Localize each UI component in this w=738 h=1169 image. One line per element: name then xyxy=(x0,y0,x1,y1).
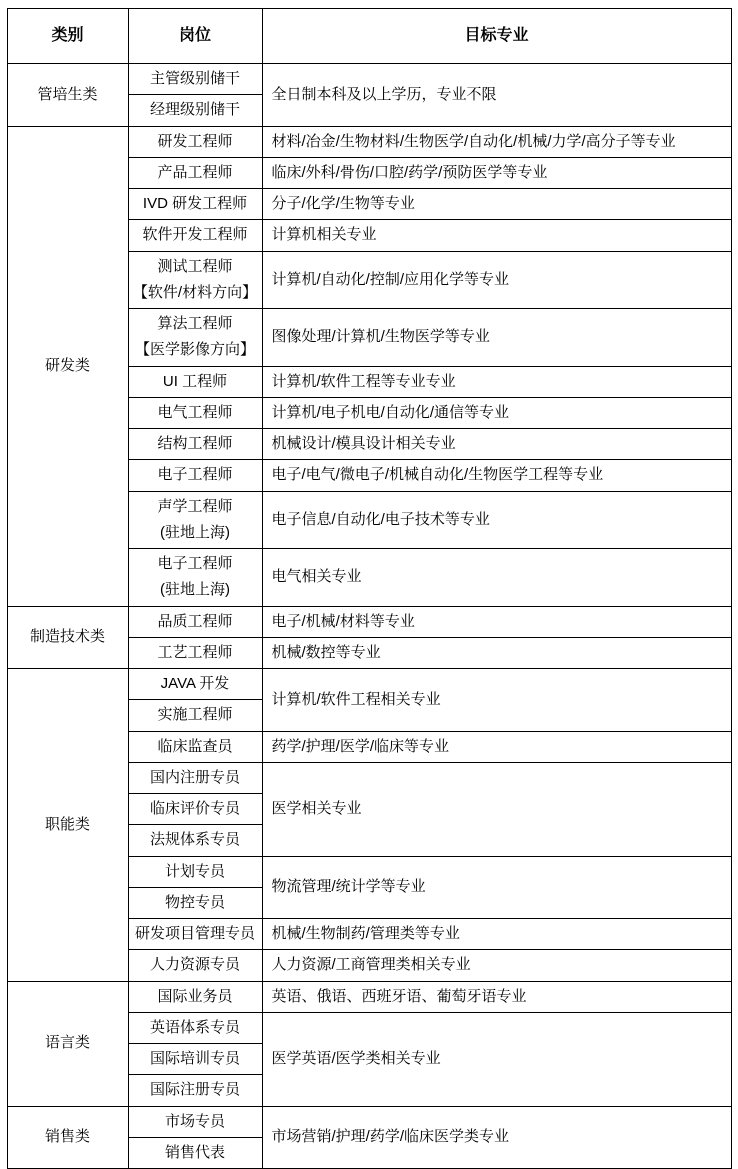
major-cell: 计算机/自动化/控制/应用化学等专业 xyxy=(262,251,731,309)
major-cell: 电气相关专业 xyxy=(262,549,731,607)
table-row: 职能类 JAVA 开发 计算机/软件工程相关专业 xyxy=(7,669,731,700)
position-cell: 品质工程师 xyxy=(128,606,262,637)
position-cell: 电子工程师 xyxy=(128,460,262,491)
position-cell: 临床评价专员 xyxy=(128,794,262,825)
table-row: 研发类 研发工程师 材料/冶金/生物材料/生物医学/自动化/机械/力学/高分子等… xyxy=(7,126,731,157)
category-cell: 职能类 xyxy=(7,669,128,982)
position-cell: 计划专员 xyxy=(128,856,262,887)
major-cell: 英语、俄语、西班牙语、葡萄牙语专业 xyxy=(262,981,731,1012)
position-cell: 工艺工程师 xyxy=(128,637,262,668)
position-cell: 国内注册专员 xyxy=(128,762,262,793)
major-cell: 物流管理/统计学等专业 xyxy=(262,856,731,919)
table-row: 管培生类 主管级别储干 全日制本科及以上学历，专业不限 xyxy=(7,64,731,95)
position-cell: 市场专员 xyxy=(128,1106,262,1137)
position-cell: 实施工程师 xyxy=(128,700,262,731)
table-row: 语言类 国际业务员 英语、俄语、西班牙语、葡萄牙语专业 xyxy=(7,981,731,1012)
category-cell: 销售类 xyxy=(7,1106,128,1169)
major-cell: 电子/机械/材料等专业 xyxy=(262,606,731,637)
table-row: 销售类 市场专员 市场营销/护理/药学/临床医学类专业 xyxy=(7,1106,731,1137)
position-cell: 算法工程师 【医学影像方向】 xyxy=(128,309,262,367)
position-cell: 电子工程师 (驻地上海) xyxy=(128,549,262,607)
position-cell: 国际培训专员 xyxy=(128,1044,262,1075)
position-cell: 测试工程师 【软件/材料方向】 xyxy=(128,251,262,309)
position-cell: 主管级别储干 xyxy=(128,64,262,95)
header-major: 目标专业 xyxy=(262,9,731,64)
position-cell: 电气工程师 xyxy=(128,397,262,428)
position-cell: 经理级别储干 xyxy=(128,95,262,126)
major-cell: 电子/电气/微电子/机械自动化/生物医学工程等专业 xyxy=(262,460,731,491)
major-cell: 人力资源/工商管理类相关专业 xyxy=(262,950,731,981)
position-cell: 英语体系专员 xyxy=(128,1012,262,1043)
position-cell: 国际业务员 xyxy=(128,981,262,1012)
major-cell: 计算机/电子机电/自动化/通信等专业 xyxy=(262,397,731,428)
major-cell: 图像处理/计算机/生物医学等专业 xyxy=(262,309,731,367)
header-position: 岗位 xyxy=(128,9,262,64)
header-row: 类别 岗位 目标专业 xyxy=(7,9,731,64)
category-cell: 管培生类 xyxy=(7,64,128,127)
position-cell: 人力资源专员 xyxy=(128,950,262,981)
position-cell: 声学工程师 (驻地上海) xyxy=(128,491,262,549)
position-cell: UI 工程师 xyxy=(128,366,262,397)
category-cell: 语言类 xyxy=(7,981,128,1106)
position-cell: 法规体系专员 xyxy=(128,825,262,856)
major-cell: 计算机相关专业 xyxy=(262,220,731,251)
position-cell: 软件开发工程师 xyxy=(128,220,262,251)
position-cell: 物控专员 xyxy=(128,887,262,918)
major-cell: 市场营销/护理/药学/临床医学类专业 xyxy=(262,1106,731,1169)
category-cell: 研发类 xyxy=(7,126,128,606)
position-cell: 产品工程师 xyxy=(128,157,262,188)
position-cell: 销售代表 xyxy=(128,1137,262,1168)
recruitment-table: 类别 岗位 目标专业 管培生类 主管级别储干 全日制本科及以上学历，专业不限 经… xyxy=(7,8,732,1169)
major-cell: 电子信息/自动化/电子技术等专业 xyxy=(262,491,731,549)
major-cell: 药学/护理/医学/临床等专业 xyxy=(262,731,731,762)
major-cell: 材料/冶金/生物材料/生物医学/自动化/机械/力学/高分子等专业 xyxy=(262,126,731,157)
major-cell: 机械/数控等专业 xyxy=(262,637,731,668)
category-cell: 制造技术类 xyxy=(7,606,128,669)
position-cell: 临床监查员 xyxy=(128,731,262,762)
major-cell: 机械/生物制药/管理类等专业 xyxy=(262,919,731,950)
major-cell: 医学相关专业 xyxy=(262,762,731,856)
major-cell: 医学英语/医学类相关专业 xyxy=(262,1012,731,1106)
header-category: 类别 xyxy=(7,9,128,64)
major-cell: 计算机/软件工程等专业专业 xyxy=(262,366,731,397)
major-cell: 分子/化学/生物等专业 xyxy=(262,189,731,220)
major-cell: 全日制本科及以上学历，专业不限 xyxy=(262,64,731,127)
position-cell: 研发项目管理专员 xyxy=(128,919,262,950)
table-row: 制造技术类 品质工程师 电子/机械/材料等专业 xyxy=(7,606,731,637)
position-cell: JAVA 开发 xyxy=(128,669,262,700)
position-cell: IVD 研发工程师 xyxy=(128,189,262,220)
major-cell: 计算机/软件工程相关专业 xyxy=(262,669,731,732)
position-cell: 国际注册专员 xyxy=(128,1075,262,1106)
major-cell: 临床/外科/骨伤/口腔/药学/预防医学等专业 xyxy=(262,157,731,188)
major-cell: 机械设计/模具设计相关专业 xyxy=(262,429,731,460)
position-cell: 结构工程师 xyxy=(128,429,262,460)
position-cell: 研发工程师 xyxy=(128,126,262,157)
